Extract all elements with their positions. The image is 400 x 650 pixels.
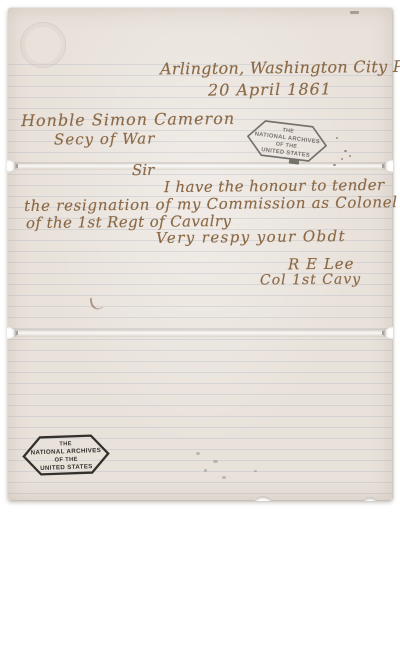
stamp-text-line-4: UNITED STATES	[40, 463, 93, 472]
ink-speck	[333, 164, 336, 166]
stamp-text-line-2: NATIONAL ARCHIVES	[31, 447, 102, 456]
embossed-seal	[20, 22, 66, 68]
stamp-text-line-1: THE	[282, 127, 294, 134]
smudge	[254, 470, 257, 472]
torn-edge-chip	[255, 496, 271, 501]
stamp-text-line-1: THE	[59, 441, 72, 447]
letter-date: 20 April 1861	[208, 79, 332, 99]
national-archives-stamp-bottom: THE NATIONAL ARCHIVES OF THE UNITED STAT…	[21, 430, 111, 479]
stamp-text-line-4: UNITED STATES	[261, 147, 310, 159]
letter-paper: Arlington, Washington City P. O. 20 Apri…	[8, 8, 392, 500]
letter-addressee-title: Secy of War	[54, 129, 156, 148]
ink-speck	[344, 150, 347, 152]
ink-speck	[336, 137, 338, 139]
letter-dateline: Arlington, Washington City P. O.	[160, 57, 400, 79]
letter-salutation: Sir	[132, 161, 154, 179]
corner-mark	[350, 11, 359, 14]
fold-crease-lower	[8, 329, 392, 337]
smudge	[222, 476, 226, 479]
ink-speck	[341, 158, 343, 160]
letter-addressee-name: Honble Simon Cameron	[21, 109, 235, 130]
ink-speck	[349, 155, 351, 157]
photo-background: Arlington, Washington City P. O. 20 Apri…	[0, 0, 400, 650]
torn-edge-chip	[364, 497, 376, 501]
letter-signature: R E Lee	[288, 255, 355, 274]
stamp-hexagon-icon: THE NATIONAL ARCHIVES OF THE UNITED STAT…	[21, 430, 111, 479]
smudge	[213, 460, 218, 463]
smudge	[204, 469, 207, 472]
stamp-text-line-3: OF THE	[55, 457, 78, 464]
letter-closing: Very respy your Obdt	[156, 227, 346, 247]
letter-signature-title: Col 1st Cavy	[260, 271, 361, 288]
smudge	[196, 452, 200, 455]
